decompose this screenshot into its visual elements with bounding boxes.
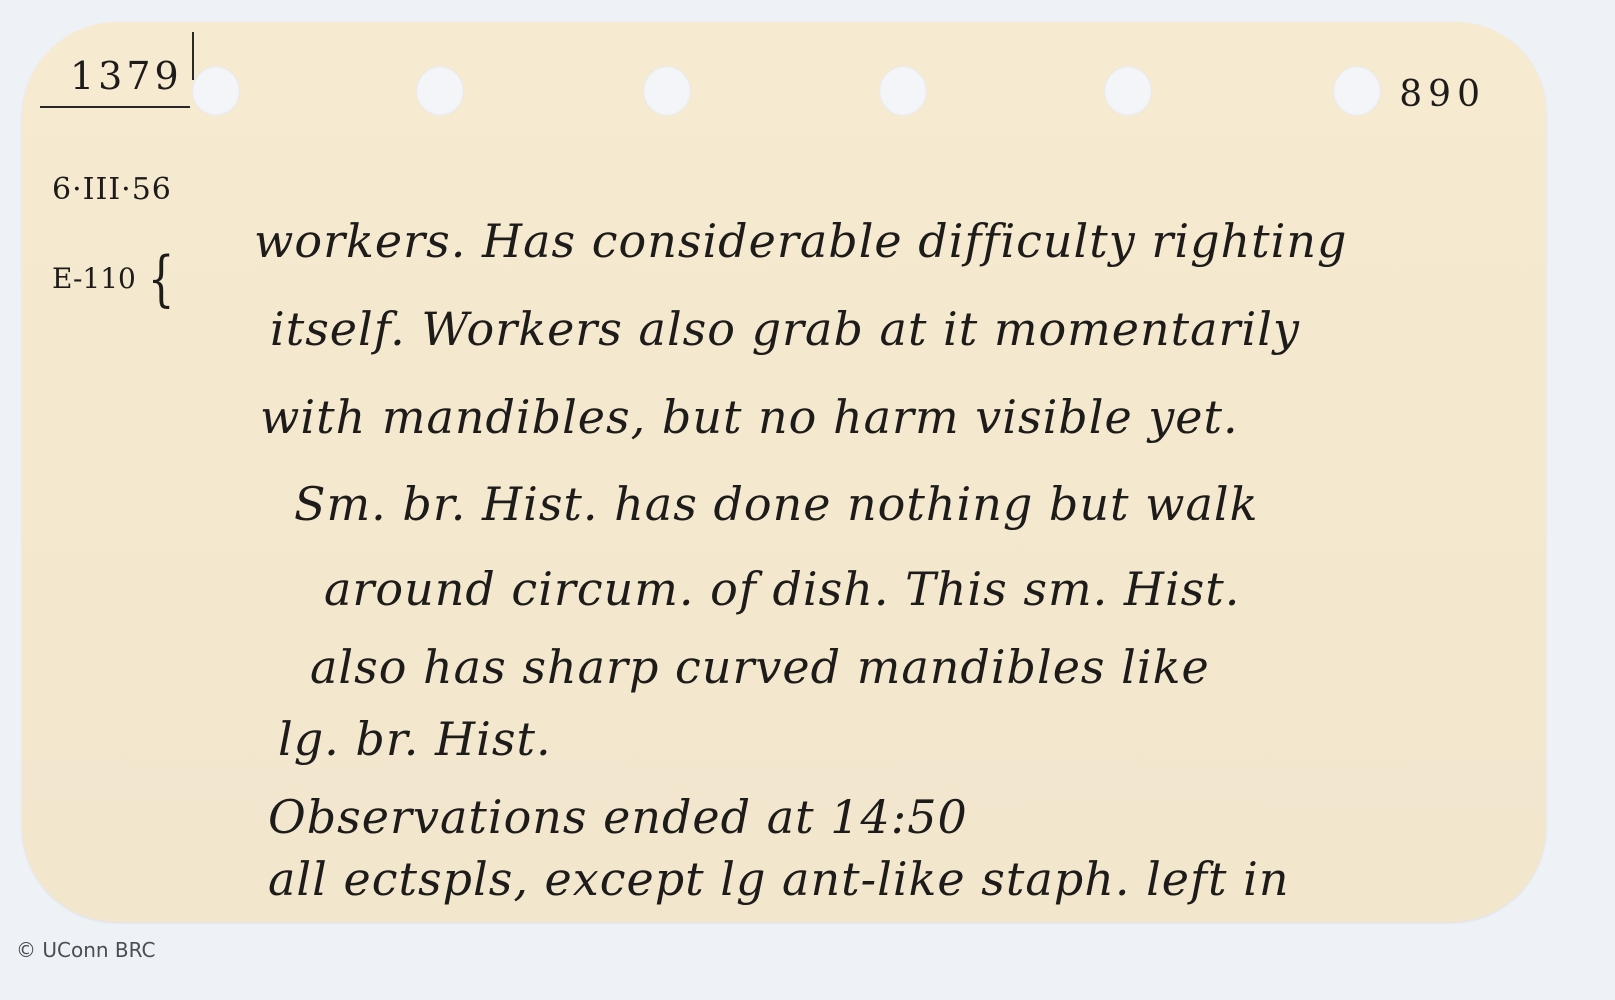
punch-hole: [192, 66, 240, 116]
note-line: itself. Workers also grab at it momentar…: [270, 302, 1300, 356]
punch-hole: [1333, 66, 1381, 116]
card-number: 1379: [70, 54, 183, 98]
index-card: 1379 890 6·III·56 E-110 { workers. Has c…: [22, 22, 1546, 922]
specimen-code: E-110: [52, 262, 136, 295]
note-line: Sm. br. Hist. has done nothing but walk: [294, 477, 1258, 531]
note-line: lg. br. Hist.: [278, 712, 552, 766]
punch-hole: [416, 66, 464, 116]
note-line: also has sharp curved mandibles like: [310, 640, 1210, 694]
punch-hole: [879, 66, 927, 116]
observation-date: 6·III·56: [52, 172, 172, 207]
note-line: workers. Has considerable difficulty rig…: [254, 214, 1347, 268]
note-line: Observations ended at 14:50: [268, 790, 968, 844]
copyright-notice: © UConn BRC: [16, 938, 156, 962]
brace-icon: {: [148, 244, 175, 314]
page-number: 890: [1399, 74, 1486, 115]
note-line: all ectspls, except lg ant-like staph. l…: [268, 852, 1290, 906]
note-line: around circum. of dish. This sm. Hist.: [324, 562, 1240, 616]
note-line: with mandibles, but no harm visible yet.: [260, 390, 1239, 444]
card-number-divider: [192, 32, 194, 80]
card-number-underline: [40, 106, 190, 108]
punch-hole: [1104, 66, 1152, 116]
punch-hole: [643, 66, 691, 116]
